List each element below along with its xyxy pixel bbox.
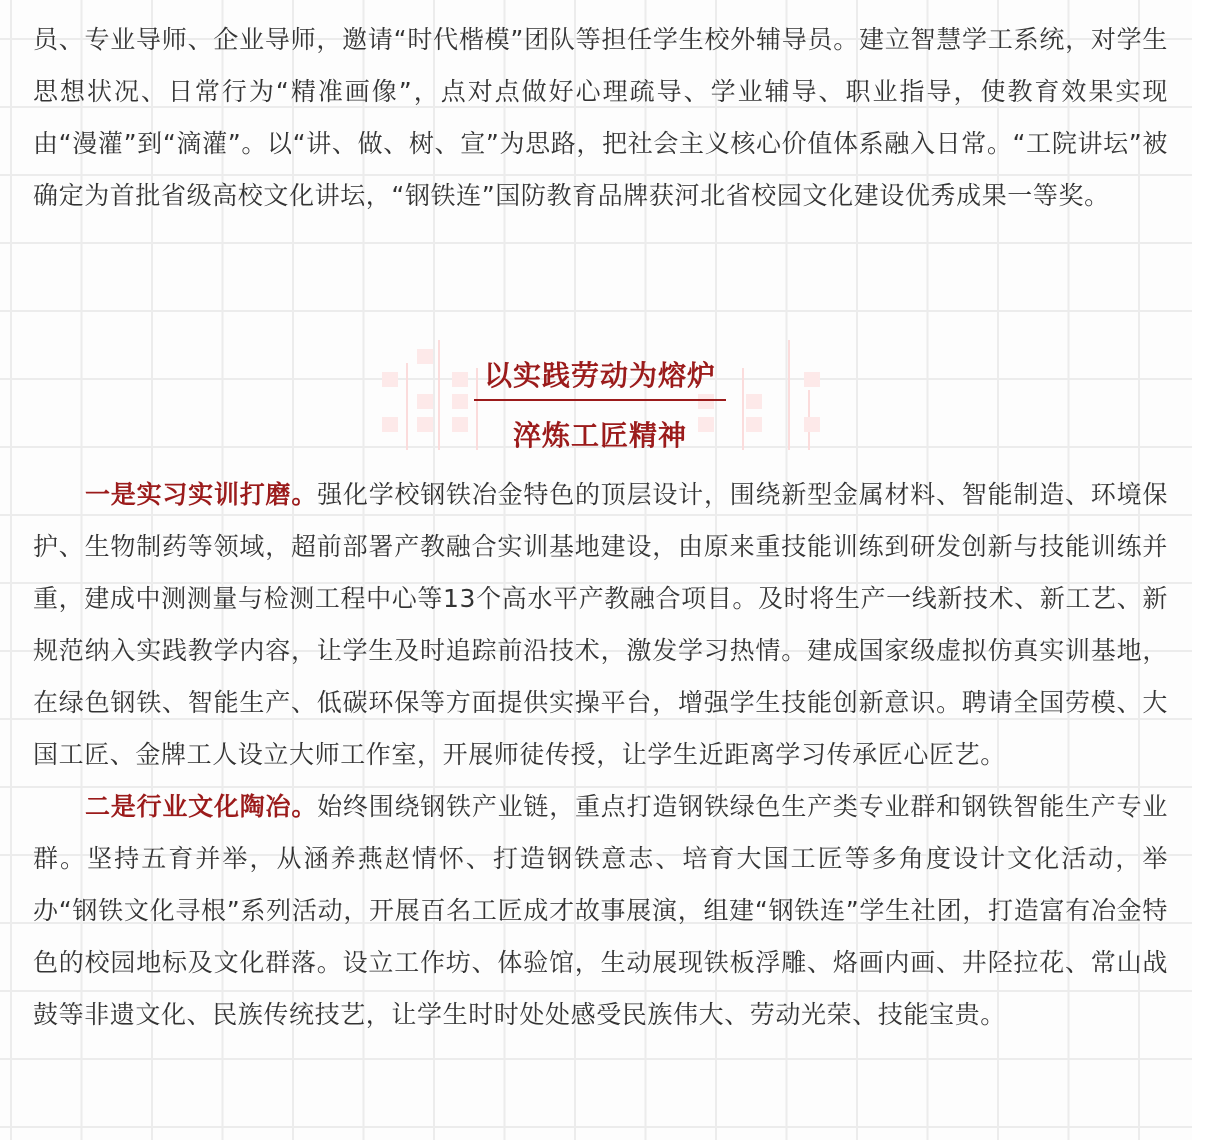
paragraph-lead: 一是实习实训打磨。 [85,480,317,509]
paragraph-internship-training: 一是实习实训打磨。强化学校钢铁冶金特色的顶层设计，围绕新型金属材料、智能制造、环… [33,469,1168,781]
paragraph-body: 强化学校钢铁冶金特色的顶层设计，围绕新型金属材料、智能制造、环境保护、生物制药等… [33,480,1168,769]
paragraph-body: 始终围绕钢铁产业链，重点打造钢铁绿色生产类专业群和钢铁智能生产专业群。坚持五育并… [33,792,1168,1029]
article-page: 员、专业导师、企业导师，邀请“时代楷模”团队等担任学生校外辅导员。建立智慧学工系… [0,0,1192,1140]
paragraph-industry-culture: 二是行业文化陶冶。始终围绕钢铁产业链，重点打造钢铁绿色生产类专业群和钢铁智能生产… [33,781,1168,1041]
section-title-line2: 淬炼工匠精神 [378,414,822,454]
title-divider [474,399,726,401]
intro-paragraph: 员、专业导师、企业导师，邀请“时代楷模”团队等担任学生校外辅导员。建立智慧学工系… [33,0,1168,222]
section-body: 一是实习实训打磨。强化学校钢铁冶金特色的顶层设计，围绕新型金属材料、智能制造、环… [33,469,1168,1041]
paragraph-lead: 二是行业文化陶冶。 [85,792,317,821]
section-title-line1: 以实践劳动为熔炉 [378,354,822,394]
intro-section: 员、专业导师、企业导师，邀请“时代楷模”团队等担任学生校外辅导员。建立智慧学工系… [33,0,1168,222]
section-heading: 以实践劳动为熔炉 淬炼工匠精神 [378,340,822,450]
